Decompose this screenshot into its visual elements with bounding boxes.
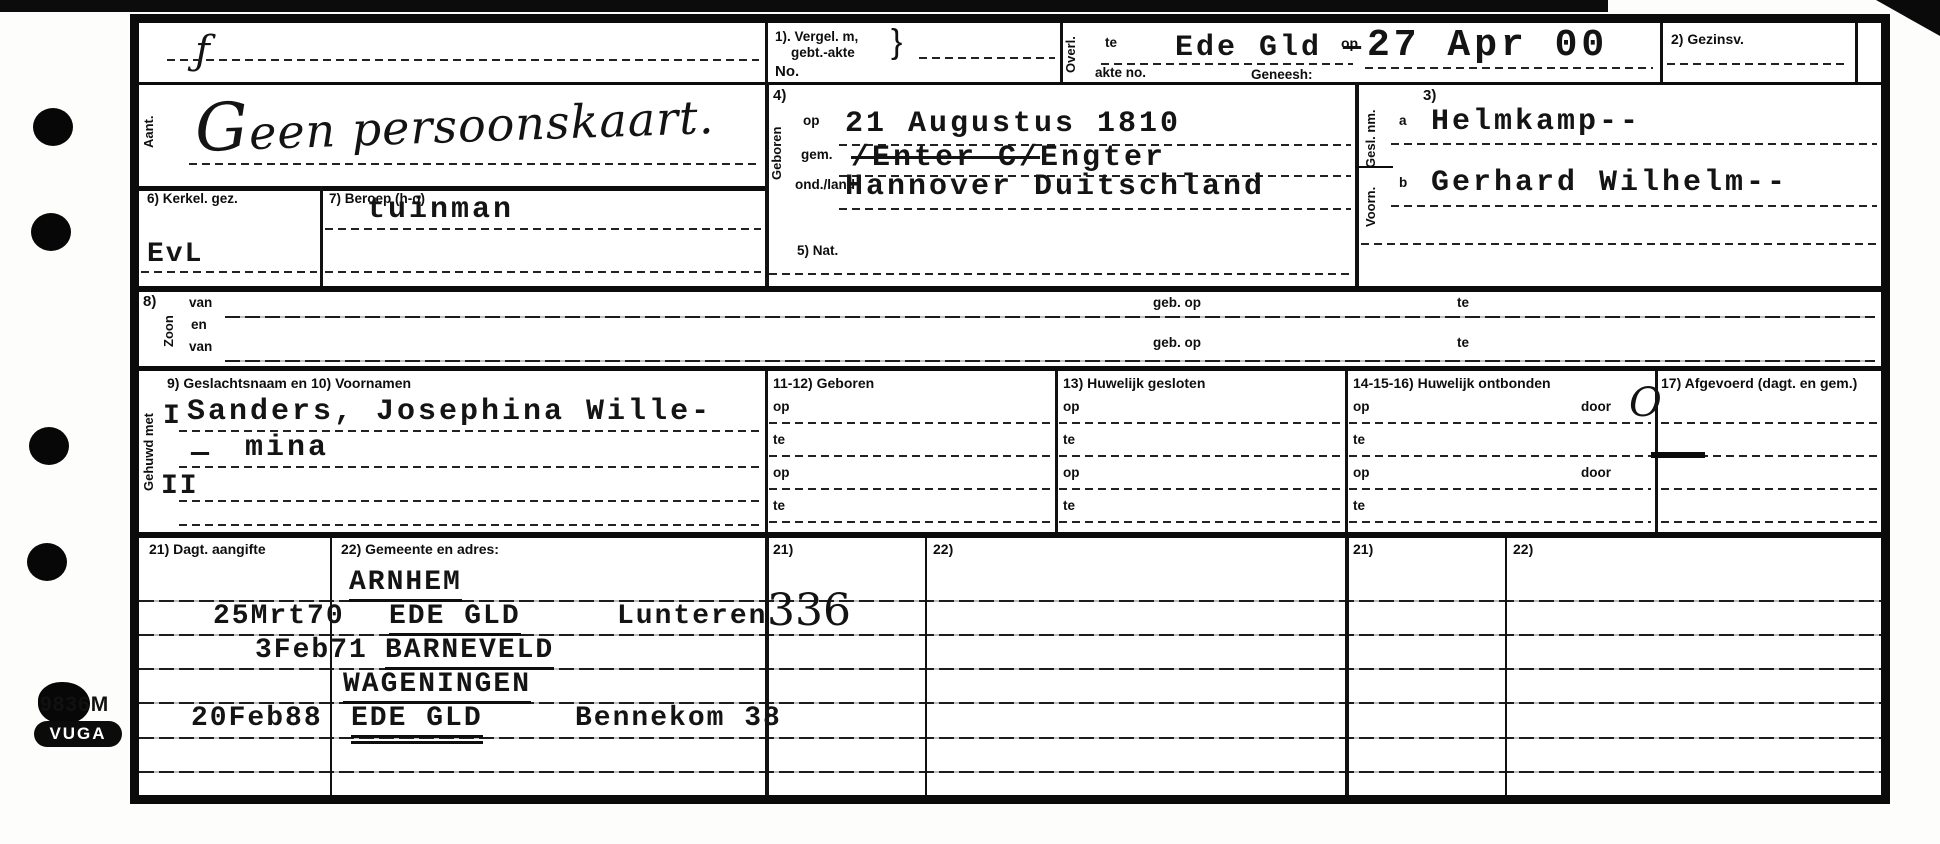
writing-line xyxy=(1059,455,1341,457)
gemeente-value: ARNHEM xyxy=(349,567,462,602)
naam-number: 3) xyxy=(1423,87,1436,104)
geb-op-label: geb. op xyxy=(1153,335,1201,350)
punch-hole xyxy=(31,213,71,251)
writing-line xyxy=(1349,455,1651,457)
spouse-name-line2: mina xyxy=(245,433,329,463)
gemeente-value: EDE GLD xyxy=(351,703,483,744)
beroep-value: tuinman xyxy=(367,195,514,225)
te-label: te xyxy=(1457,295,1469,310)
b-label: b xyxy=(1399,175,1407,190)
continuation-dash: — xyxy=(191,439,212,469)
te-label: te xyxy=(773,498,785,513)
akte-no-label: akte no. xyxy=(1095,65,1146,80)
scan-edge-bar xyxy=(0,0,1608,12)
registration-date: 25Mrt70 xyxy=(213,603,345,631)
writing-line xyxy=(225,316,1875,318)
grid-line xyxy=(330,538,332,795)
van-label: van xyxy=(189,295,212,310)
col21-header: 21) xyxy=(1353,541,1373,557)
door-label: door xyxy=(1581,465,1611,480)
writing-line xyxy=(1349,521,1651,523)
writing-line xyxy=(769,273,1351,275)
te-label: te xyxy=(1063,432,1075,447)
writing-line xyxy=(1349,488,1651,490)
grid-line xyxy=(1055,371,1058,532)
marriage-marker-ii: II xyxy=(161,473,199,501)
op-label: op xyxy=(1353,465,1370,480)
surname-value: Helmkamp-- xyxy=(1431,107,1641,137)
handwritten-dash-mark xyxy=(1651,452,1705,458)
te-label: te xyxy=(1353,432,1365,447)
firstnames-value: Gerhard Wilhelm-- xyxy=(1431,168,1788,198)
grid-line xyxy=(1505,538,1507,795)
handwritten-door-value: O xyxy=(1629,383,1662,423)
grid-line xyxy=(1355,166,1393,168)
grid-line xyxy=(765,538,769,795)
marriage-marker-i: I xyxy=(163,403,182,431)
grid-line xyxy=(765,23,768,82)
vergel-label-line2: gebt.-akte xyxy=(791,45,855,60)
gem-label: gem. xyxy=(801,147,833,162)
geboren-number: 4) xyxy=(773,87,786,104)
adres-value: Lunteren xyxy=(617,603,767,631)
writing-line xyxy=(179,466,761,468)
registration-row: WAGENINGEN xyxy=(343,671,531,699)
te-label: te xyxy=(1457,335,1469,350)
grid-line xyxy=(139,82,1881,85)
op-label: op xyxy=(773,399,790,414)
gemeente-value: BARNEVELD xyxy=(385,635,554,670)
geslachtsnaam-label: Gesl. nm. xyxy=(1363,103,1378,175)
writing-line xyxy=(1391,205,1877,207)
col-ontbonden-header: 14-15-16) Huwelijk ontbonden xyxy=(1353,375,1551,391)
geb-op-label: geb. op xyxy=(1153,295,1201,310)
kerkel-label: 6) Kerkel. gez. xyxy=(147,191,238,206)
te-label: te xyxy=(1105,35,1117,50)
adres-value: Bennekom 38 xyxy=(575,705,782,733)
registration-date: 20Feb88 xyxy=(191,705,323,733)
writing-line xyxy=(1365,67,1653,69)
writing-line xyxy=(1667,63,1849,65)
col21-header: 21) xyxy=(773,541,793,557)
op-label: op xyxy=(1063,399,1080,414)
te-label: te xyxy=(1063,498,1075,513)
gehuwd-met-label: Gehuwd met xyxy=(141,391,156,513)
registration-date: 3Feb71 xyxy=(255,637,368,665)
brace-glyph: } xyxy=(891,23,902,62)
en-label: en xyxy=(191,317,207,332)
spouse-name-header: 9) Geslachtsnaam en 10) Voornamen xyxy=(167,375,411,391)
zoon-label: Zoon xyxy=(161,303,176,359)
birth-date-value: 21 Augustus 1810 xyxy=(845,109,1181,139)
gemeente-value: EDE GLD xyxy=(389,601,521,636)
nat-label: 5) Nat. xyxy=(797,243,838,258)
form-number: 9836M xyxy=(40,693,109,717)
dagt-aangifte-header: 21) Dagt. aangifte xyxy=(149,541,266,557)
te-label: te xyxy=(773,432,785,447)
death-date-value: 27 Apr 00 xyxy=(1367,27,1608,65)
writing-line xyxy=(1349,422,1651,424)
birth-gem-value: /Enter C/Engter xyxy=(851,143,1166,173)
grid-line xyxy=(1855,23,1858,82)
writing-line xyxy=(189,163,759,165)
writing-line xyxy=(167,59,759,61)
writing-line xyxy=(1661,488,1877,490)
writing-line xyxy=(769,488,1051,490)
grid-line xyxy=(139,286,1881,292)
op-label: op xyxy=(773,465,790,480)
writing-line xyxy=(1361,243,1877,245)
gemeente-value: WAGENINGEN xyxy=(343,669,531,704)
voornamen-label: Voorn. xyxy=(1363,173,1378,241)
scanned-family-card: 9836M VUGA ƒ 1). Vergel. m, gebt.-akte }… xyxy=(0,0,1940,844)
writing-line xyxy=(839,208,1351,210)
writing-line xyxy=(325,228,761,230)
writing-line xyxy=(769,422,1051,424)
geneesh-label: Geneesh: xyxy=(1251,67,1313,82)
grid-line xyxy=(320,186,323,286)
grid-line xyxy=(765,371,768,532)
a-label: a xyxy=(1399,113,1407,128)
zoon-number: 8) xyxy=(143,293,156,310)
birth-country-value: Hannover Duitschland xyxy=(845,172,1265,202)
writing-line xyxy=(141,271,317,273)
writing-line xyxy=(225,360,1875,362)
col22-header: 22) xyxy=(1513,541,1533,557)
geboren-op-label: op xyxy=(803,113,820,128)
writing-line xyxy=(769,521,1051,523)
col-afgevoerd-header: 17) Afgevoerd (dagt. en gem.) xyxy=(1661,375,1857,391)
door-label: door xyxy=(1581,399,1611,414)
kerkel-value: EvL xyxy=(147,241,203,269)
registration-row: BARNEVELD xyxy=(385,637,554,665)
grid-line xyxy=(1660,23,1663,82)
spouse-name-line1: Sanders, Josephina Wille- xyxy=(187,397,712,427)
registration-row: EDE GLD xyxy=(351,705,483,733)
writing-line xyxy=(1661,521,1877,523)
gemeente-adres-header: 22) Gemeente en adres: xyxy=(341,541,499,557)
writing-line xyxy=(769,455,1051,457)
te-label: te xyxy=(1353,498,1365,513)
registration-row: ARNHEM xyxy=(349,569,462,597)
col-gesloten-header: 13) Huwelijk gesloten xyxy=(1063,375,1205,391)
registration-row: EDE GLD xyxy=(389,603,521,631)
card-border: ƒ 1). Vergel. m, gebt.-akte } No. Overl.… xyxy=(130,14,1890,804)
op-label: op xyxy=(1353,399,1370,414)
writing-line xyxy=(1059,488,1341,490)
writing-line xyxy=(1059,521,1341,523)
grid-line xyxy=(139,532,1881,538)
publisher-logo: VUGA xyxy=(34,721,122,747)
writing-line xyxy=(1059,422,1341,424)
handwritten-note: Geen persoonskaart. xyxy=(194,78,715,162)
writing-line xyxy=(1661,422,1877,424)
geboren-label: Geboren xyxy=(769,109,784,197)
grid-line xyxy=(1355,82,1359,286)
grid-line xyxy=(139,366,1881,371)
overleden-label: Overl. xyxy=(1063,29,1078,81)
punch-hole xyxy=(29,427,69,465)
col22-header: 22) xyxy=(933,541,953,557)
punch-hole xyxy=(27,543,67,581)
writing-line xyxy=(179,524,761,526)
vergel-label-line1: 1). Vergel. m, xyxy=(775,29,858,44)
grid-line xyxy=(1345,371,1348,532)
writing-line xyxy=(325,271,761,273)
grid-line xyxy=(925,538,927,795)
op-label: op xyxy=(1341,35,1358,51)
writing-line xyxy=(919,57,1055,59)
op-label: op xyxy=(1063,465,1080,480)
punch-hole xyxy=(33,108,73,146)
handwritten-mark: ƒ xyxy=(195,31,210,71)
col-geboren-header: 11-12) Geboren xyxy=(773,375,874,391)
death-place-value: Ede Gld — xyxy=(1175,33,1364,63)
handwritten-house-number: 336 xyxy=(767,589,851,633)
no-label: No. xyxy=(775,63,799,80)
writing-line xyxy=(1391,143,1877,145)
aantekening-label: Aant. xyxy=(141,101,156,163)
gezinsv-label: 2) Gezinsv. xyxy=(1671,31,1744,47)
ruled-line xyxy=(139,771,1881,773)
writing-line xyxy=(179,500,761,502)
van-label: van xyxy=(189,339,212,354)
grid-line xyxy=(1345,538,1349,795)
